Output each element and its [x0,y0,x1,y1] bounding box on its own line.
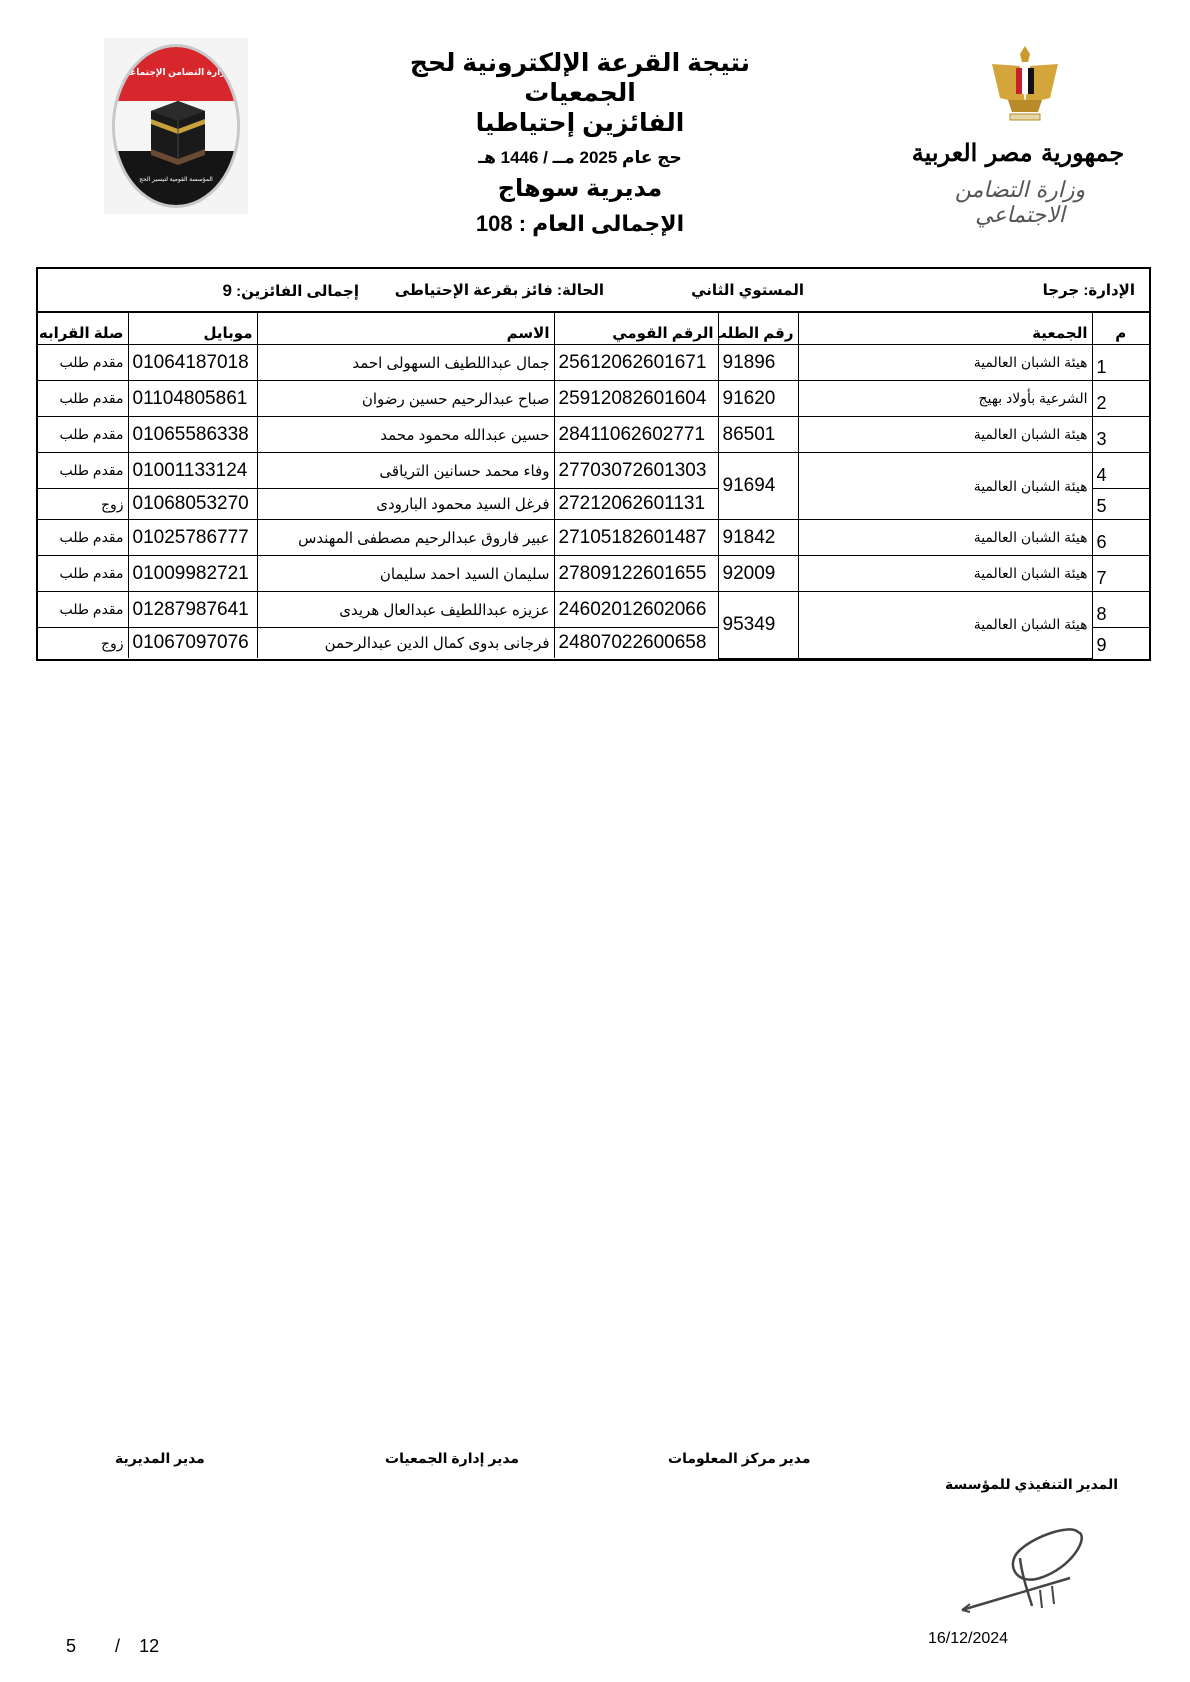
admin-info: الإدارة: جرجا [1043,281,1135,299]
winners-total-value: 9 [222,281,231,300]
col-header-num: م [1092,313,1149,345]
grand-total-label: الإجمالى العام : [519,211,684,236]
sig-associations-manager: مدير إدارة الجمعيات [385,1450,519,1467]
page-total: 12 [139,1636,159,1657]
col-header-mobile: موبايل [128,313,257,345]
sig-info-center-manager: مدير مركز المعلومات [668,1450,811,1467]
col-header-relation: صلة القرابه [38,313,128,345]
grand-total: الإجمالى العام : 108 [380,206,780,242]
logo-top-text: وزارة التضامن الإجتماعي [115,67,237,78]
winners-grid: م الجمعية رقم الطلب الرقم القومي الاسم م… [38,313,1149,659]
hajj-foundation-logo: وزارة التضامن الإجتماعي المؤسسة القومية … [104,38,248,214]
table-row: 3 هيئة الشبان العالمية 86501 28411062602… [38,417,1149,453]
col-header-name: الاسم [257,313,554,345]
level-info: المستوي الثاني [691,281,804,299]
winners-total-info: إجمالى الفائزين: 9 [222,281,359,301]
table-header-row: م الجمعية رقم الطلب الرقم القومي الاسم م… [38,313,1149,345]
col-header-request-no: رقم الطلب [718,313,798,345]
col-header-association: الجمعية [798,313,1092,345]
logo-oval: وزارة التضامن الإجتماعي المؤسسة القومية … [112,44,240,208]
page-indicator: 5 / 12 [66,1636,159,1657]
document-subtitle: الفائزين إحتياطيا [380,108,780,138]
table-info-row: الإدارة: جرجا المستوي الثاني الحالة: فائ… [38,269,1149,313]
page-current: 5 [66,1636,76,1657]
directorate-name: مديرية سوهاج [380,172,780,206]
page-separator: / [115,1636,120,1657]
admin-value: جرجا [1043,282,1080,299]
table-row: 8 هيئة الشبان العالمية 95349 24602012602… [38,592,1149,628]
table-row: 2 الشرعية بأولاد بهيج 91620 259120826016… [38,381,1149,417]
ministry-name: وزارة التضامن الاجتماعي [920,178,1120,228]
sig-executive-director: المدير التنفيذي للمؤسسة [945,1476,1118,1493]
egypt-eagle-emblem-icon [990,44,1060,124]
col-header-national-id: الرقم القومي [554,313,718,345]
hajj-year: حج عام 2025 مــ / 1446 هـ [380,144,780,172]
table-row: 6 هيئة الشبان العالمية 91842 27105182601… [38,520,1149,556]
handwritten-signature [960,1518,1110,1618]
status-value: فائز بقرعة الإحتياطى [395,282,553,299]
kaaba-icon [145,97,211,167]
table-row: 4 هيئة الشبان العالمية 91694 27703072601… [38,453,1149,489]
grand-total-value: 108 [476,211,513,236]
document-date: 16/12/2024 [928,1630,1008,1648]
status-info: الحالة: فائز بقرعة الإحتياطى [395,281,604,299]
table-row: 7 هيئة الشبان العالمية 92009 27809122601… [38,556,1149,592]
logo-bottom-text: المؤسسة القومية لتيسير الحج [115,176,237,183]
sig-directorate-manager: مدير المديرية [115,1450,205,1467]
document-title: نتيجة القرعة الإلكترونية لحج الجمعيات [380,48,780,108]
winners-table: الإدارة: جرجا المستوي الثاني الحالة: فائ… [36,267,1151,661]
republic-name: جمهورية مصر العربية [910,138,1126,167]
table-row: 1 هيئة الشبان العالمية 91896 25612062601… [38,345,1149,381]
document-header: نتيجة القرعة الإلكترونية لحج الجمعيات ال… [380,48,780,242]
